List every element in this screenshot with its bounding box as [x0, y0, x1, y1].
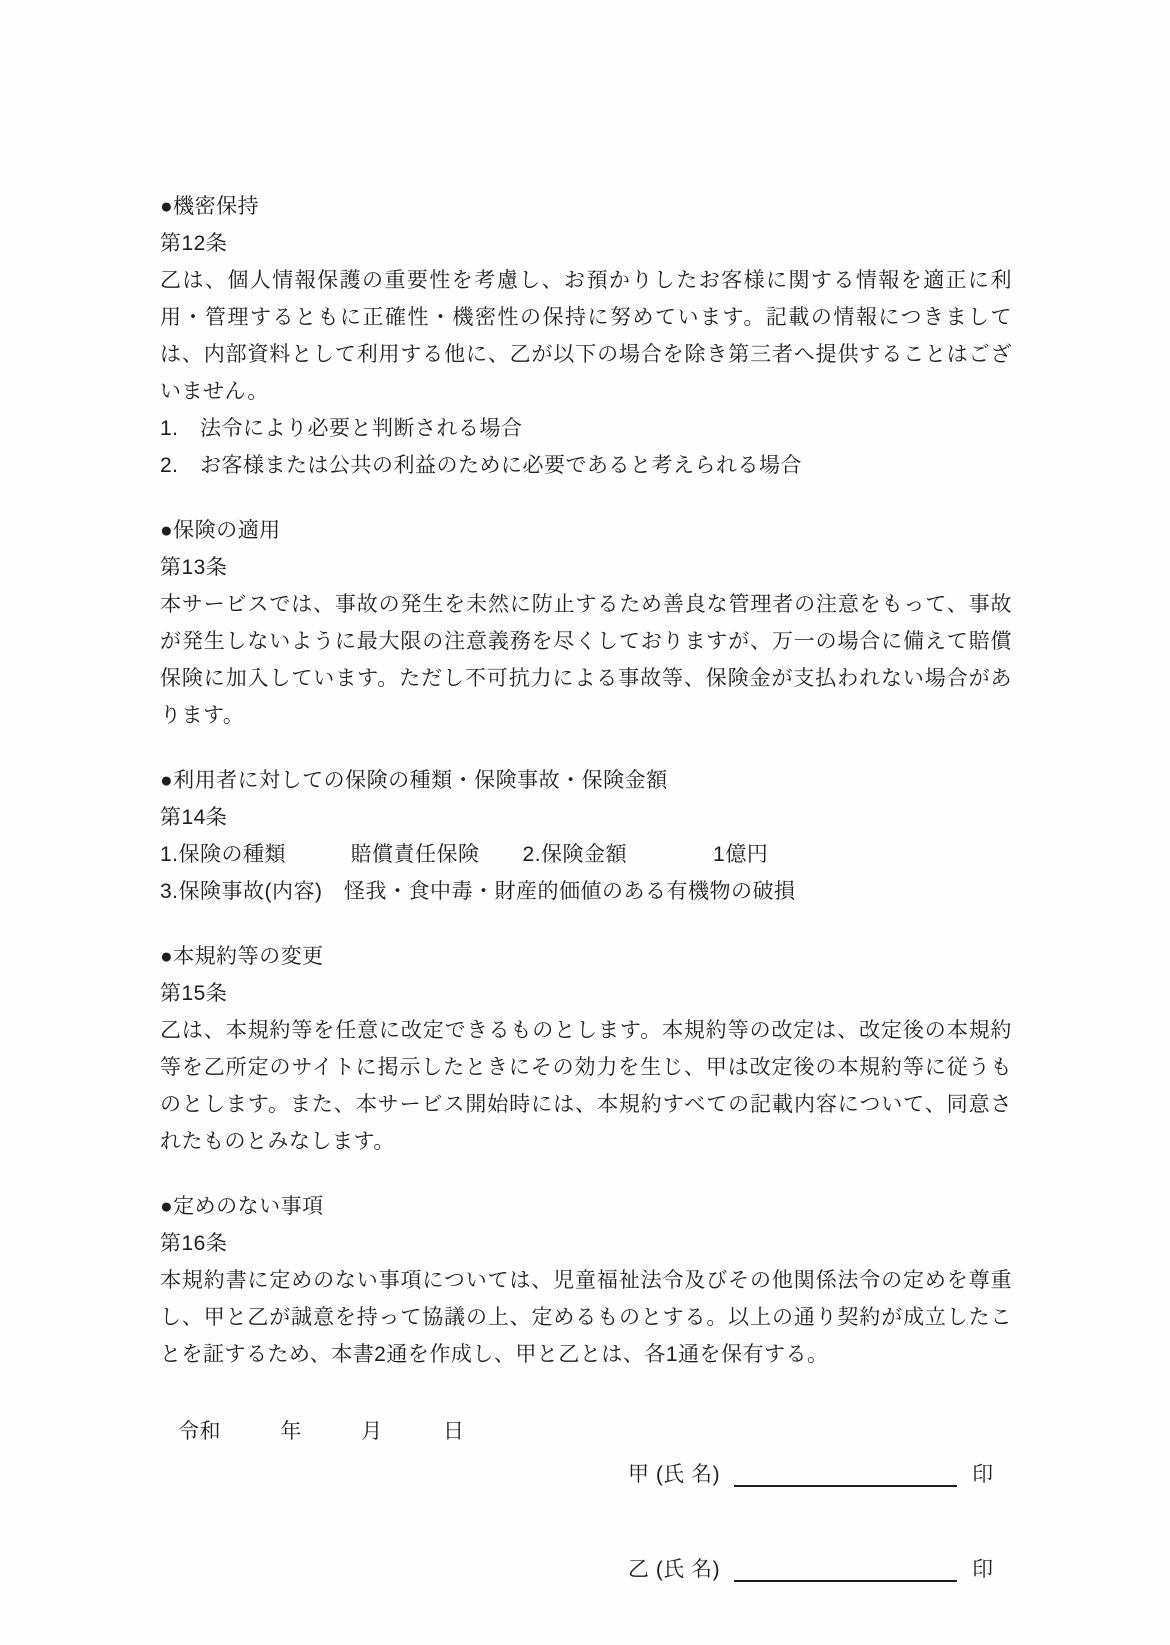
date-line: 令和 年 月 日	[160, 1413, 1012, 1450]
article-number: 第16条	[160, 1225, 1012, 1262]
signature-row-party-a: 甲 (氏 名) 印	[628, 1456, 1012, 1493]
article-number: 第12条	[160, 225, 1012, 262]
signature-line-party-a	[734, 1485, 957, 1487]
section-insurance-details: ●利用者に対しての保険の種類・保険事故・保険金額 第14条 1.保険の種類 賠償…	[160, 762, 1012, 910]
seal-mark-party-a: 印	[972, 1456, 994, 1493]
section-body-text: 乙は、個人情報保護の重要性を考慮し、お預かりしたお客様に関する情報を適正に利用・…	[160, 262, 1012, 410]
list-item: 1.保険の種類 賠償責任保険 2.保険金額 1億円	[160, 836, 1012, 873]
list-item: 3.保険事故(内容) 怪我・食中毒・財産的価値のある有機物の破損	[160, 873, 1012, 910]
date-day-label: 日	[443, 1413, 465, 1450]
article-number: 第14条	[160, 799, 1012, 836]
section-heading: ●機密保持	[160, 188, 1012, 225]
section-terms-revision: ●本規約等の変更 第15条 乙は、本規約等を任意に改定できるものとします。本規約…	[160, 938, 1012, 1160]
signature-label-party-b: 乙 (氏 名)	[628, 1551, 720, 1588]
section-heading: ●本規約等の変更	[160, 938, 1012, 975]
section-body-text: 本サービスでは、事故の発生を未然に防止するため善良な管理者の注意をもって、事故が…	[160, 586, 1012, 734]
section-insurance-application: ●保険の適用 第13条 本サービスでは、事故の発生を未然に防止するため善良な管理…	[160, 512, 1012, 734]
signature-row-party-b: 乙 (氏 名) 印	[628, 1551, 1012, 1588]
list-item: 2. お客様または公共の利益のために必要であると考えられる場合	[160, 447, 1012, 484]
section-unstipulated-matters: ●定めのない事項 第16条 本規約書に定めのない事項については、児童福祉法令及び…	[160, 1188, 1012, 1373]
section-heading: ●保険の適用	[160, 512, 1012, 549]
date-year-label: 年	[280, 1413, 302, 1450]
contract-document-page: ●機密保持 第12条 乙は、個人情報保護の重要性を考慮し、お預かりしたお客様に関…	[0, 0, 1170, 1645]
section-heading: ●利用者に対しての保険の種類・保険事故・保険金額	[160, 762, 1012, 799]
signature-label-party-a: 甲 (氏 名)	[628, 1456, 720, 1493]
section-body-text: 本規約書に定めのない事項については、児童福祉法令及びその他関係法令の定めを尊重し…	[160, 1262, 1012, 1373]
section-body-text: 乙は、本規約等を任意に改定できるものとします。本規約等の改定は、改定後の本規約等…	[160, 1012, 1012, 1160]
signature-line-party-b	[734, 1580, 957, 1582]
article-number: 第13条	[160, 549, 1012, 586]
section-heading: ●定めのない事項	[160, 1188, 1012, 1225]
seal-mark-party-b: 印	[972, 1551, 994, 1588]
document-content: ●機密保持 第12条 乙は、個人情報保護の重要性を考慮し、お預かりしたお客様に関…	[160, 188, 1012, 1588]
section-confidentiality: ●機密保持 第12条 乙は、個人情報保護の重要性を考慮し、お預かりしたお客様に関…	[160, 188, 1012, 484]
list-item: 1. 法令により必要と判断される場合	[160, 410, 1012, 447]
date-era-label: 令和	[178, 1413, 221, 1450]
article-number: 第15条	[160, 975, 1012, 1012]
date-month-label: 月	[361, 1413, 383, 1450]
